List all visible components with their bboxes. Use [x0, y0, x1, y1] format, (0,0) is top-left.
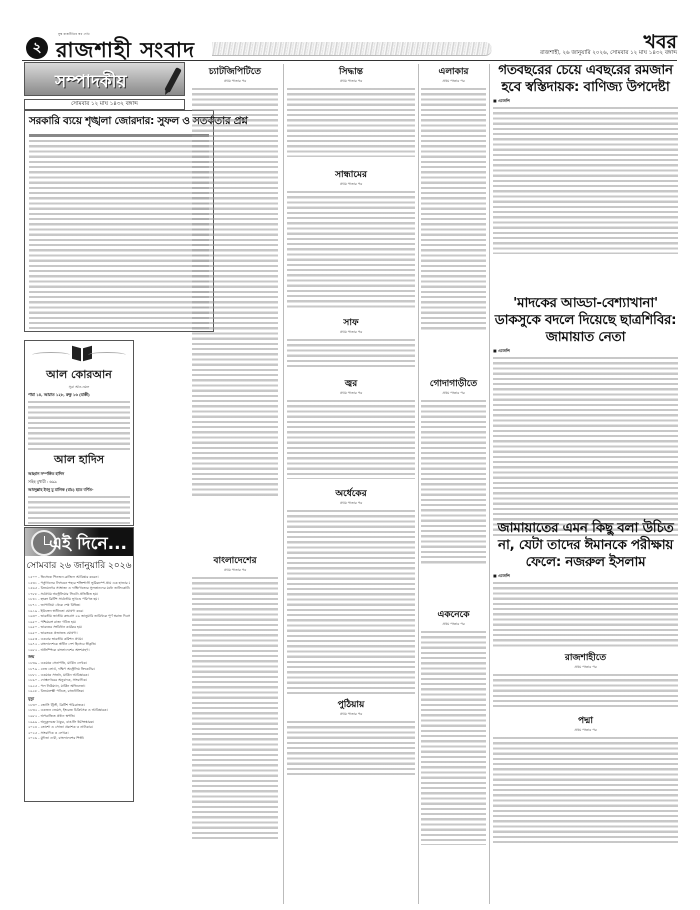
article-jor: জ্বর প্রথম পাতার পর হবে। তবে অবাঞ্ছিত পর… — [287, 376, 415, 481]
editorial-body: সরকারি আর্থিক ব্যবস্থাপনায় শৃঙ্খলা, স্ব… — [29, 139, 209, 329]
article-body: দাবি করেন, জনগণের সক্রিয় অংশগ্রহণ ও সমর… — [421, 87, 486, 332]
article-ekonoke: একনেকে প্রথম পাতার পর ২০০০ সালে বিশিষ্ট … — [421, 607, 486, 847]
continued-label: প্রথম পাতার পর — [192, 568, 278, 574]
this-day-banner: এই দিনে... — [25, 528, 133, 556]
article-puthia: পুঠিয়ায় প্রথম পাতার পর দা। সেখানে চিকি… — [287, 697, 415, 777]
continued-label: প্রথম পাতার পর — [493, 728, 678, 734]
lead-body: জামায়াতে ইসলামী বাংলাদেশের বিভিন্ন নেতা… — [493, 581, 678, 649]
article-rajshahi: রাজশাহীতে প্রথম পাতার পর হয়েছে, রাজশাহী… — [493, 650, 678, 710]
article-body: হয়েছে, রাজশাহীবাসীর স্বতঃস্ফূর্ত অংশগ্র… — [493, 673, 678, 707]
byline: ■ এজেন্সি — [493, 573, 678, 580]
column-divider — [418, 64, 419, 904]
article-body: জেলায় ঝুঁকিপূর্ণ কেন্দ্রের সংখ্যা বেশি।… — [287, 509, 415, 694]
editorial-title: সম্পাদকীয় — [55, 69, 127, 97]
continued-label: প্রথম পাতার পর — [192, 79, 278, 85]
continued-label: প্রথম পাতার পর — [287, 712, 415, 718]
continued-label: প্রথম পাতার পর — [493, 665, 678, 671]
article-title: এলাকার — [421, 64, 486, 79]
quran-body: ১২৫. হে নবী! তুমি তোমার প্রতিপালকের পথে … — [28, 400, 130, 450]
article-saf: সাফ প্রথম পাতার পর নারী ক্রীড়াবিদদের অদ… — [287, 315, 415, 373]
article-title: পুঠিয়ায় — [287, 697, 415, 712]
events-list: ১৫০০ - ভিসেন্তে পিনজন ব্রাজিল আবিষ্কার ক… — [25, 575, 133, 742]
article-chatgpt: চ্যাটজিপিটিতে প্রথম পাতার পর কন্টেন্টের … — [192, 64, 278, 504]
article-body: নারী ক্রীড়াবিদদের অদম্য মনোবল, পরিশ্রম … — [287, 338, 415, 370]
hadith-source: সহিহ বুখারী : ৬৯৯ — [28, 479, 130, 486]
article-title: সাফ — [287, 315, 415, 330]
births-heading: জন্ম — [28, 654, 130, 661]
column-divider — [283, 64, 284, 904]
article-title: রাজশাহীতে — [493, 650, 678, 665]
this-day-title: এই দিনে... — [49, 531, 127, 559]
deaths-heading: মৃত্যু — [28, 696, 130, 703]
lead-article-dakshu: 'মাদকের আড্ডা-বেশ্যাখানা' ডাকসুকে বদলে দ… — [493, 295, 678, 520]
article-title: পদ্মা — [493, 713, 678, 728]
quran-reference: পারা ১৪, আয়াত ১২৮, রুকু ১৬ (মাক্কী) — [28, 392, 130, 399]
article-body: ২০০০ সালে বিশিষ্ট 'বাংলাদেশ' তৈরী জেলাকে… — [421, 630, 486, 845]
article-title: চ্যাটজিপিটিতে — [192, 64, 278, 79]
article-godagari: গোদাগাড়ীতে প্রথম পাতার পর সকল জনগণ সহ ক… — [421, 376, 486, 566]
hadith-subtitle: আহ্বান সম্পর্কিত হাদিস — [28, 471, 130, 478]
event-item: ১৯৩০ - ভারতীয় জাতীয় কংগ্রেস ২৬ জানুয়া… — [28, 614, 130, 620]
article-ordhekeri: অর্ধেকের প্রথম পাতার পর জেলায় ঝুঁকিপূর্… — [287, 486, 415, 696]
editorial-headline: সরকারি ব্যয়ে শৃঙ্খলা জোরদার: সুফল ও সতর… — [29, 114, 209, 131]
hadith-narrator: আবদুল্লাহ ইবনু মু মালিক (রাঃ) হতে বর্ণিত… — [28, 487, 130, 494]
byline: ■ এজেন্সি — [493, 98, 678, 105]
continued-label: প্রথম পাতার পর — [287, 182, 415, 188]
article-body: এক বিবৃতিতে সম্পূর্ণ ক্রিকেটকে বিস্তার ন… — [192, 576, 278, 841]
article-body: সকল জনগণ সহ কয়র ভরে সাথে অর্জিতো সুফল থ… — [421, 399, 486, 564]
article-padma: পদ্মা প্রথম পাতার পর প্রয়োজনে হাঁচে না … — [493, 713, 678, 843]
article-bangladesh: বাংলাদেশের প্রথম পাতার পর এক বিবৃতিতে সম… — [192, 553, 278, 863]
lead-article-ramadan: গতবছরের চেয়ে এবছরের রমজান হবে স্বস্তিদা… — [493, 62, 678, 262]
birth-item: ১৯২৮ - বিজয়লক্ষ্মী পণ্ডিত, রাজনীতিক। — [28, 689, 130, 695]
quran-book-icon — [28, 344, 130, 366]
lead-body: ঢাকা বিশ্ববিদ্যালয়ের কেন্দ্রীয় ছাত্র স… — [493, 356, 678, 536]
newspaper-page: ২ সুস্থ রাজনীতির স্বপ্ন দেখি রাজশাহী সংব… — [0, 0, 700, 910]
continued-label: প্রথম পাতার পর — [287, 79, 415, 85]
page-number-badge: ২ — [26, 37, 48, 59]
editorial-divider — [29, 134, 209, 137]
continued-label: প্রথম পাতার পর — [421, 79, 486, 85]
lead-headline: গতবছরের চেয়ে এবছরের রমজান হবে স্বস্তিদা… — [493, 62, 678, 96]
article-title: সান্ধামের — [287, 167, 415, 182]
event-item: ১৫৬৫ - বিজয়নগর সাম্রাজ্য ও দাক্ষিণাত্যে… — [28, 586, 130, 592]
lead-headline: 'মাদকের আড্ডা-বেশ্যাখানা' ডাকসুকে বদলে দ… — [493, 295, 678, 346]
pen-icon — [164, 67, 182, 93]
continued-label: প্রথম পাতার পর — [287, 391, 415, 397]
masthead-divider — [22, 60, 677, 61]
quran-sura: সূরা আন-নমল — [28, 385, 130, 391]
article-title: জ্বর — [287, 376, 415, 391]
byline: ■ এজেন্সি — [493, 348, 678, 355]
article-title: বাংলাদেশের — [192, 553, 278, 568]
article-body: হবে। তবে অবাঞ্ছিত পরামর্শ ও আলোচনা কিছু … — [287, 399, 415, 479]
decorative-swoosh — [212, 42, 492, 56]
article-body: প্রয়োজনে হাঁচে না যা তোমার অনুরোধ করেন।… — [493, 736, 678, 846]
lead-article-jamaat: জামায়াতের এমন কিছু বলা উচিত না, যেটা তা… — [493, 520, 678, 630]
article-sandhamer: সান্ধামের প্রথম পাতার পর এর সাক্ষ্যের পা… — [287, 167, 415, 312]
death-item: ২০২৬ - মুদিতা দেবী, বাংলাদেশের শিল্পী। — [28, 736, 130, 742]
event-item: ১৯৮২ - অলিম্পিকে বাংলাদেশের অংশগ্রহণ। — [28, 648, 130, 654]
article-elakar: এলাকার প্রথম পাতার পর দাবি করেন, জনগণের … — [421, 64, 486, 334]
continued-label: প্রথম পাতার পর — [421, 622, 486, 628]
article-title: অর্ধেকের — [287, 486, 415, 501]
article-body: কন্টেন্টের ঝুঁকি কমাতে তার প্রতিষ্ঠানটি।… — [192, 87, 278, 497]
hadith-title: আল হাদিস — [28, 451, 130, 470]
this-day-box: এই দিনে... সোমবার ২৬ জানুয়ারি ২০২৬ ১৫০০… — [24, 527, 134, 802]
article-body: দা। সেখানে চিকিৎসক একজন আইনিক মৃতদেহকে ম… — [287, 720, 415, 775]
lead-headline: জামায়াতের এমন কিছু বলা উচিত না, যেটা তা… — [493, 520, 678, 571]
editorial-banner: সম্পাদকীয় — [24, 62, 185, 96]
continued-label: প্রথম পাতার পর — [287, 501, 415, 507]
article-body: অবিষয়ে আলোচনা চলিয়ে যাওয়ার জরুরি জানি… — [287, 87, 415, 157]
quran-hadith-box: আল কোরআন সূরা আন-নমল পারা ১৪, আয়াত ১২৮,… — [24, 340, 134, 526]
quran-title: আল কোরআন — [28, 366, 130, 385]
editorial-date: সোমবার ১২ মাঘ ১৪৩২ বঙ্গাব্দ — [24, 99, 185, 110]
article-title: গোদাগাড়ীতে — [421, 376, 486, 391]
continued-label: প্রথম পাতার পর — [287, 330, 415, 336]
continued-label: প্রথম পাতার পর — [421, 391, 486, 397]
column-divider — [489, 64, 490, 904]
article-body: এর সাক্ষ্যের পার্শ্বে মুক্তির বিষয়ে তার… — [287, 190, 415, 310]
article-siddhanta: সিদ্ধান্ত প্রথম পাতার পর অবিষয়ে আলোচনা … — [287, 64, 415, 164]
dateline: রাজশাহী, ২৬ জানুয়ারি ২০২৬, সোমবার ১২ মা… — [540, 50, 677, 58]
masthead: ২ সুস্থ রাজনীতির স্বপ্ন দেখি রাজশাহী সংব… — [22, 30, 677, 60]
article-title: একনেকে — [421, 607, 486, 622]
lead-body: বাণিজ্য উপদেষ্টা শেখ বশিরউদ্দীন বলেছেন, … — [493, 106, 678, 254]
article-title: সিদ্ধান্ত — [287, 64, 415, 79]
editorial-article: সরকারি ব্যয়ে শৃঙ্খলা জোরদার: সুফল ও সতর… — [24, 110, 214, 332]
